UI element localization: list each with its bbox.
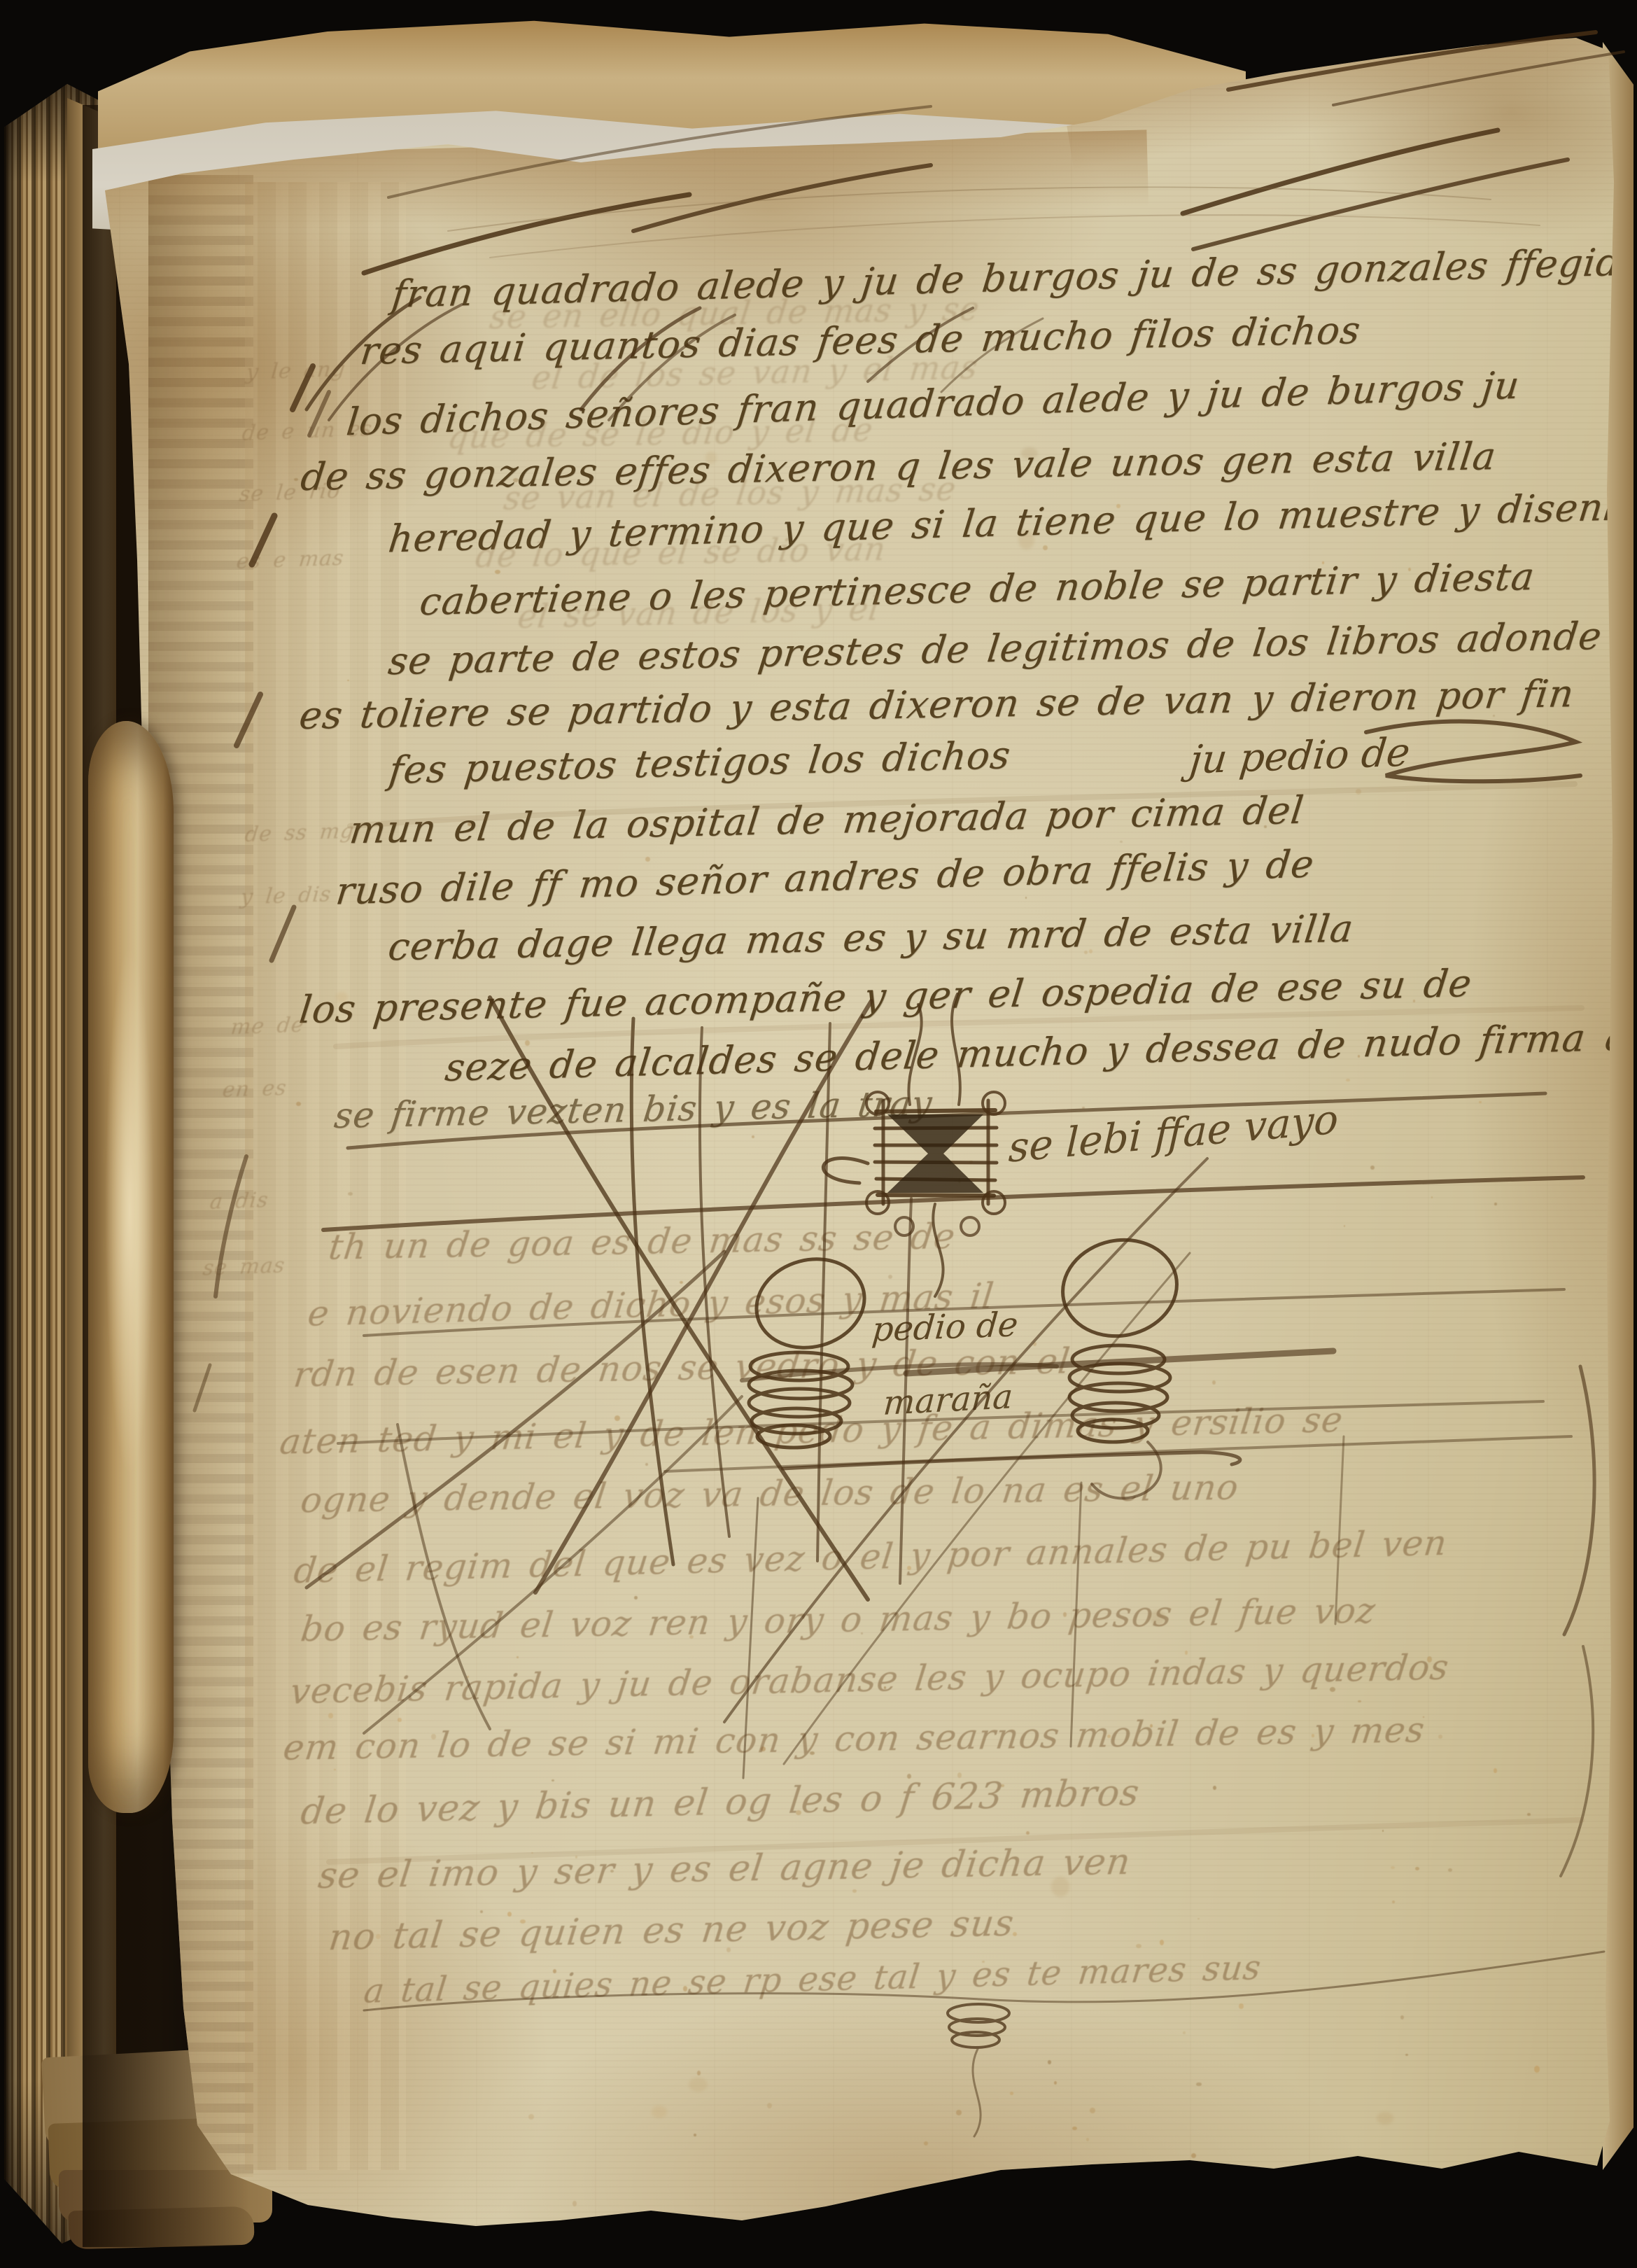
ink-stroke <box>1333 52 1624 105</box>
ink-stroke <box>350 784 1575 826</box>
ink-stroke <box>941 318 1043 392</box>
ink-stroke <box>329 304 462 420</box>
ink-stroke <box>1335 1436 1344 1624</box>
ink-stroke <box>868 308 973 381</box>
ink-stroke <box>1228 32 1596 90</box>
ink-stroke <box>887 1114 983 1193</box>
ink-stroke <box>1078 1420 1148 1442</box>
ink-stroke <box>1193 160 1568 249</box>
ink-stroke <box>216 1156 246 1296</box>
ink-stroke <box>817 1023 830 1561</box>
ink-stroke <box>784 1253 1190 1764</box>
ink-stroke <box>743 1498 758 1778</box>
ink-stroke <box>906 1351 1333 1373</box>
upper-tick-strokes <box>307 297 1043 420</box>
ink-stroke <box>1071 1483 1081 1746</box>
showthrough-curves <box>329 784 1582 1862</box>
lower-descender-strokes <box>398 1424 1344 1778</box>
ink-stroke <box>252 516 274 564</box>
ink-stroke <box>908 1004 921 1105</box>
ink-stroke <box>336 1008 1582 1046</box>
ink-stroke <box>952 994 960 1105</box>
ink-stroke <box>388 106 931 197</box>
margin-slash-marks <box>195 366 329 1410</box>
ink-stroke <box>700 1028 729 1536</box>
ink-stroke <box>1561 1646 1593 1876</box>
ink-stroke <box>747 1247 875 1359</box>
ink-stroke <box>900 1198 911 1583</box>
ink-flourish-overlay <box>0 0 1637 2268</box>
ink-stroke <box>961 1217 979 1235</box>
ink-stroke <box>490 997 868 1599</box>
ink-stroke <box>195 1365 210 1410</box>
ink-stroke <box>272 907 294 960</box>
ink-stroke <box>878 1195 994 1196</box>
ink-stroke <box>933 1204 943 1296</box>
ink-stroke <box>398 1424 490 1729</box>
bottom-wavy-underline <box>364 1952 1604 2010</box>
ink-stroke <box>307 1252 724 1588</box>
ink-stroke <box>338 1401 1543 1443</box>
ink-stroke <box>823 1158 868 1183</box>
manuscript-photo: { "colors": { "background": "#0a0806", "… <box>0 0 1637 2268</box>
ink-stroke <box>364 1952 1604 2010</box>
ink-stroke <box>364 1289 1564 1336</box>
ink-stroke <box>237 694 260 745</box>
ink-stroke <box>329 1820 1582 1862</box>
ink-stroke <box>1564 1366 1594 1634</box>
bottom-rubric-knot <box>948 2004 1009 2136</box>
ink-stroke <box>581 308 700 409</box>
ink-stroke <box>973 2047 981 2136</box>
ink-stroke <box>364 195 689 273</box>
right-margin-curl-strokes <box>1561 1366 1594 1876</box>
top-flourish-strokes <box>364 32 1624 273</box>
ink-stroke <box>307 297 420 409</box>
ink-stroke <box>609 315 735 420</box>
ink-stroke <box>876 1110 995 1112</box>
line-end-swash <box>1366 721 1580 781</box>
ink-stroke <box>490 215 1540 258</box>
ink-stroke <box>535 1001 871 1592</box>
ink-stroke <box>1183 130 1498 213</box>
ink-stroke <box>1366 721 1580 781</box>
